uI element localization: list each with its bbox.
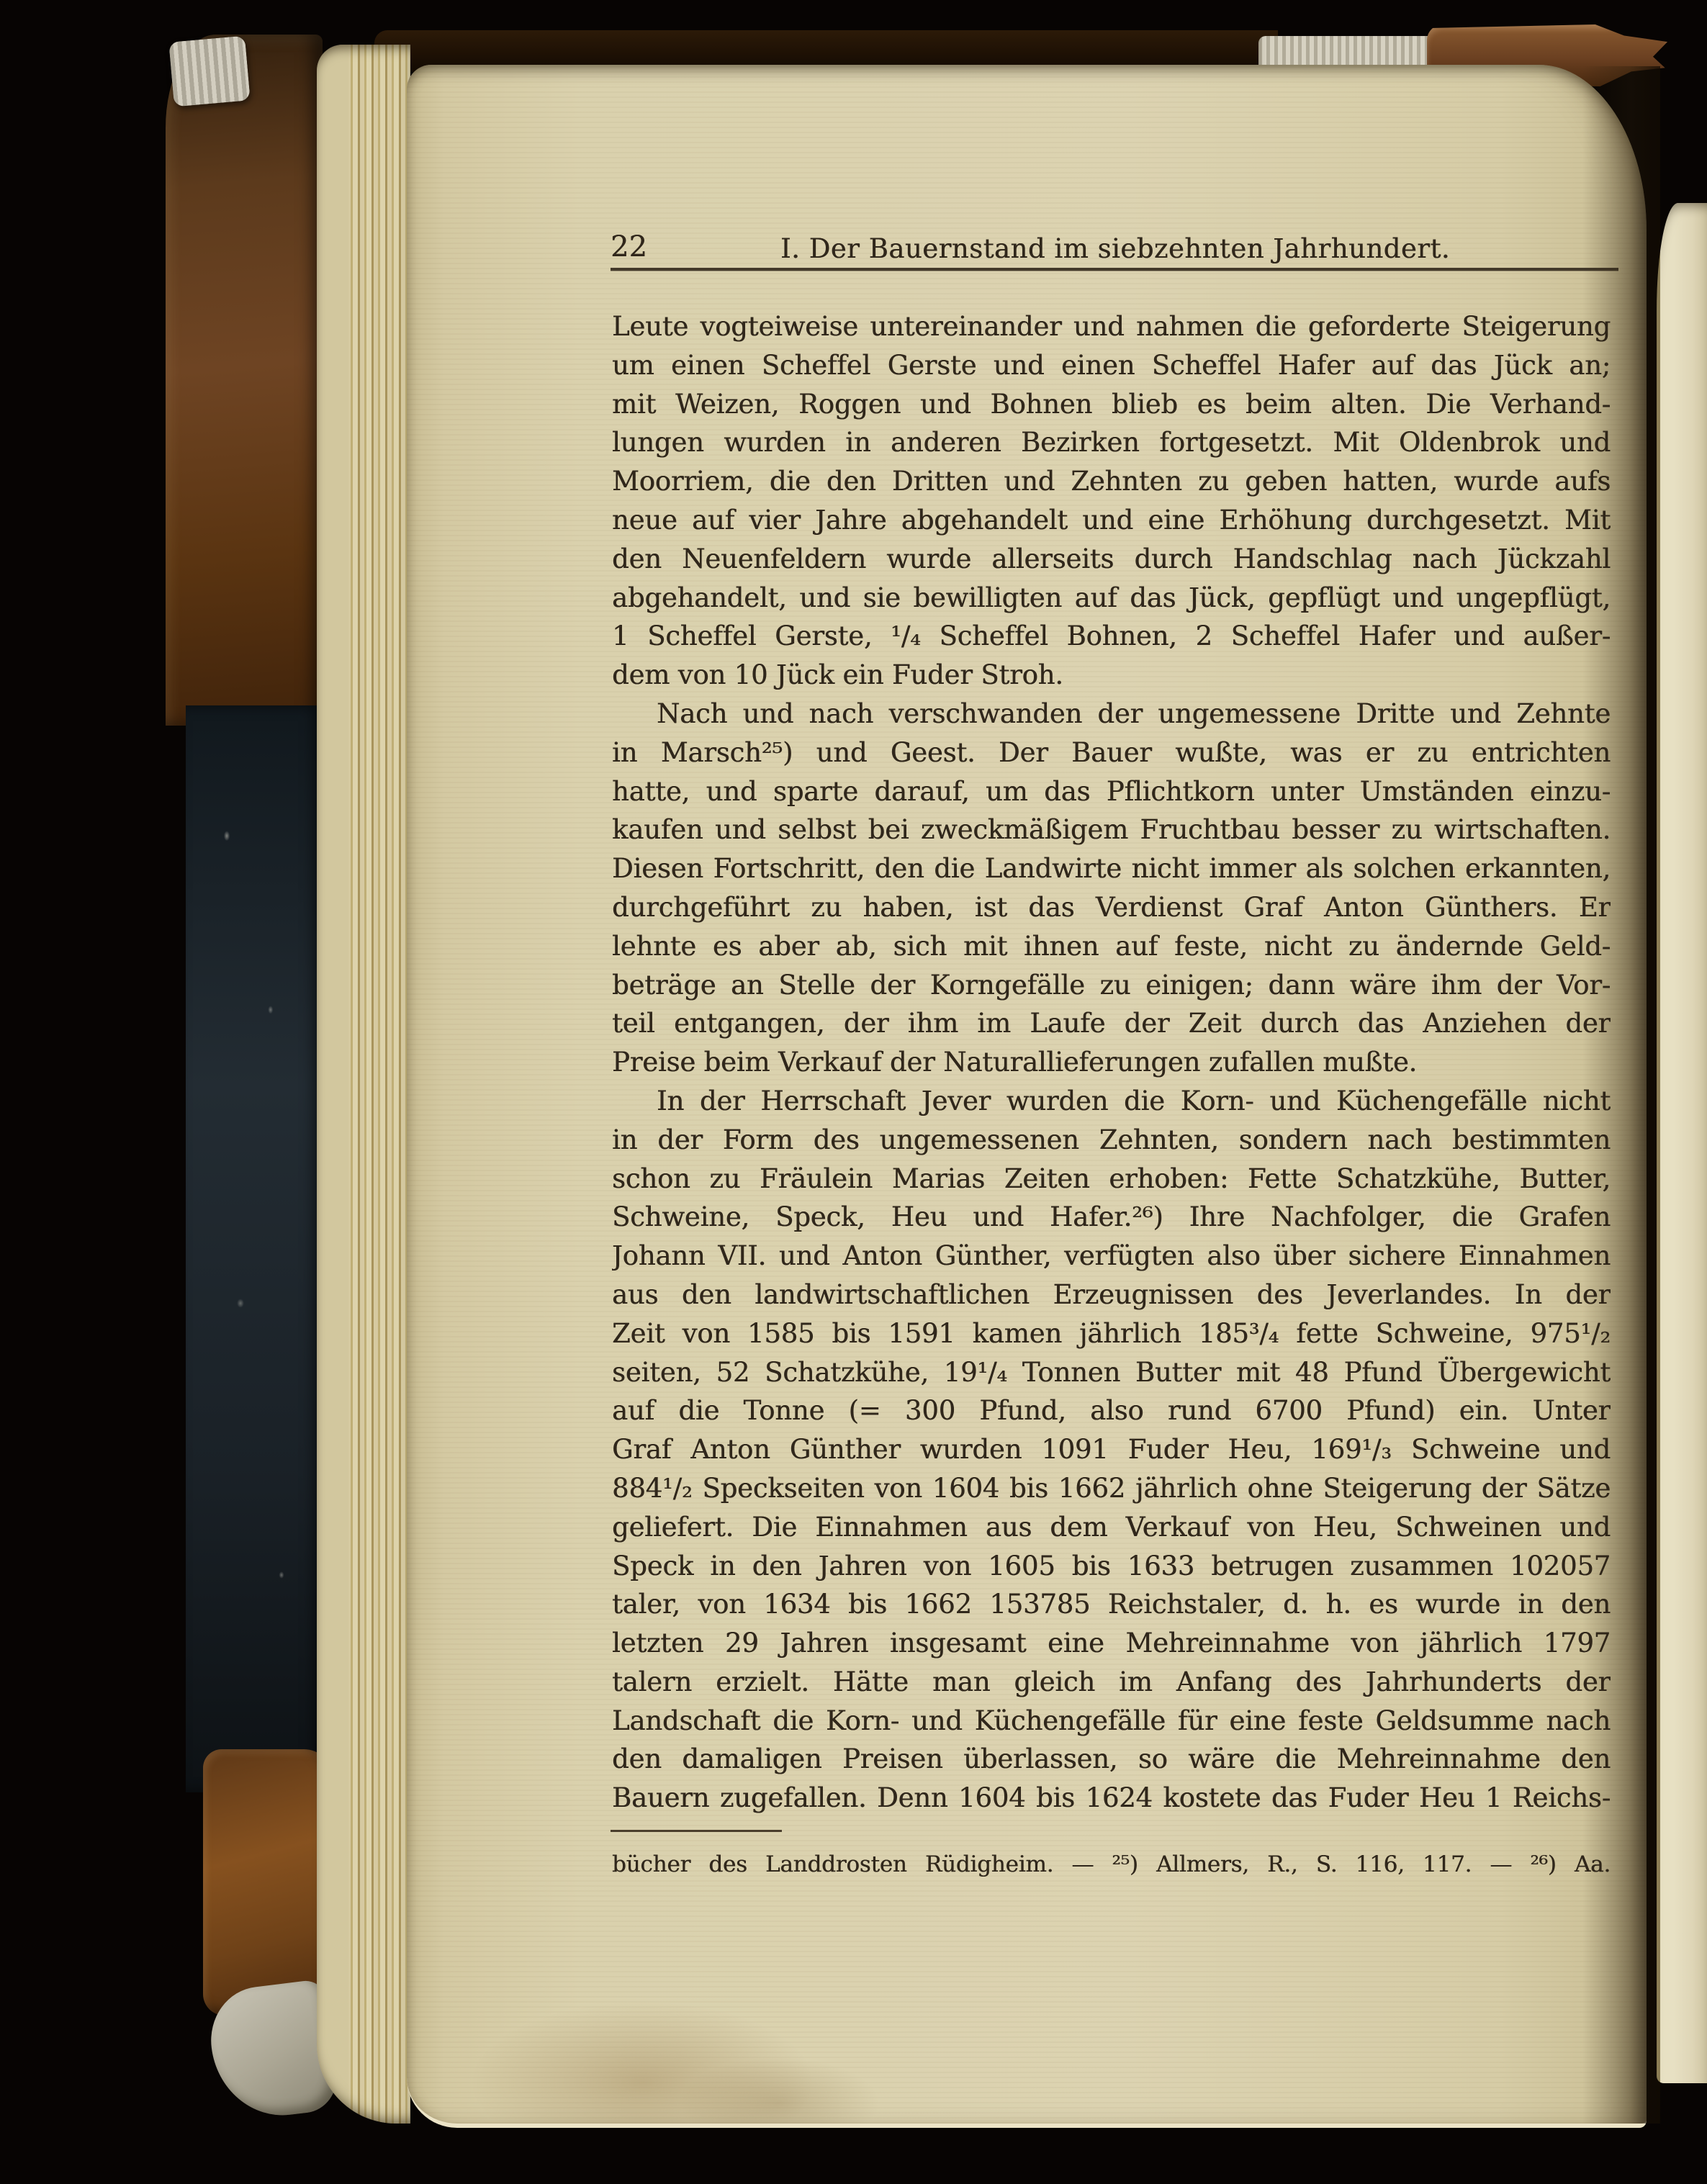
footnote: bücher des Landdrosten Rüdigheim. — ²⁵) … — [612, 1849, 1611, 1880]
body-line: kaufen und selbst bei zweckmäßigem Fruch… — [612, 811, 1611, 849]
body-line: durchgeführt zu haben, ist das Verdienst… — [612, 888, 1611, 927]
body-line: beträge an Stelle der Korngefälle zu ein… — [612, 966, 1611, 1005]
body-line: seiten, 52 Schatzkühe, 19¹/₄ Tonnen Butt… — [612, 1353, 1611, 1392]
book-scan: 22 I. Der Bauernstand im siebzehnten Jah… — [0, 0, 1707, 2184]
body-line: 884¹/₂ Speckseiten von 1604 bis 1662 jäh… — [612, 1469, 1611, 1508]
body-line: schon zu Fräulein Marias Zeiten erhoben:… — [612, 1160, 1611, 1199]
body-line: teil entgangen, der ihm im Laufe der Zei… — [612, 1004, 1611, 1043]
body-line: Graf Anton Günther wurden 1091 Fuder Heu… — [612, 1430, 1611, 1469]
spine-cloth — [186, 705, 323, 1792]
body-line: 1 Scheffel Gerste, ¹/₄ Scheffel Bohnen, … — [612, 617, 1611, 656]
body-line: Diesen Fortschritt, den die Landwirte ni… — [612, 849, 1611, 888]
body-line: Johann VII. und Anton Günther, verfügten… — [612, 1237, 1611, 1276]
body-line: lehnte es aber ab, sich mit ihnen auf fe… — [612, 927, 1611, 966]
spine-leather-patch — [203, 1749, 333, 2016]
headband-cloth-left — [168, 36, 250, 107]
body-line: Speck in den Jahren von 1605 bis 1633 be… — [612, 1547, 1611, 1586]
body-line: den Neuenfeldern wurde allerseits durch … — [612, 540, 1611, 579]
body-line: neue auf vier Jahre abgehandelt und eine… — [612, 501, 1611, 540]
body-line: auf die Tonne (= 300 Pfund, also rund 67… — [612, 1391, 1611, 1430]
header-rule — [611, 268, 1618, 271]
body-line: Zeit von 1585 bis 1591 kamen jährlich 18… — [612, 1314, 1611, 1353]
body-line: in der Form des ungemessenen Zehnten, so… — [612, 1121, 1611, 1160]
body-line: taler, von 1634 bis 1662 153785 Reichsta… — [612, 1585, 1611, 1624]
body-line: Preise beim Verkauf der Naturallieferung… — [612, 1043, 1611, 1082]
body-line: den damaligen Preisen überlassen, so wär… — [612, 1740, 1611, 1779]
body-line: in Marsch²⁵) und Geest. Der Bauer wußte,… — [612, 734, 1611, 772]
stacked-page-edges — [317, 45, 410, 2124]
body-line: Bauern zugefallen. Denn 1604 bis 1624 ko… — [612, 1779, 1611, 1818]
body-line: letzten 29 Jahren insgesamt eine Mehrein… — [612, 1624, 1611, 1663]
body-line: lungen wurden in anderen Bezirken fortge… — [612, 423, 1611, 462]
running-header-title: I. Der Bauernstand im siebzehnten Jahrhu… — [611, 233, 1620, 265]
body-line: Leute vogteiweise untereinander und nahm… — [612, 307, 1611, 346]
gutter-shadow — [1582, 66, 1660, 2124]
body-line: geliefert. Die Einnahmen aus dem Verkauf… — [612, 1508, 1611, 1547]
body-line: um einen Scheffel Gerste und einen Schef… — [612, 346, 1611, 385]
body-text: Leute vogteiweise untereinander und nahm… — [612, 307, 1611, 1818]
body-line: aus den landwirtschaftlichen Erzeugnisse… — [612, 1276, 1611, 1314]
spine-leather — [166, 35, 323, 726]
body-line: hatte, und sparte darauf, um das Pflicht… — [612, 772, 1611, 811]
body-line: Moorriem, die den Dritten und Zehnten zu… — [612, 462, 1611, 501]
body-line: abgehandelt, und sie bewilligten auf das… — [612, 579, 1611, 618]
paragraph: Leute vogteiweise untereinander und nahm… — [612, 307, 1611, 695]
body-line: Landschaft die Korn- und Küchengefälle f… — [612, 1702, 1611, 1741]
book-page: 22 I. Der Bauernstand im siebzehnten Jah… — [407, 65, 1647, 2128]
footnote-separator — [611, 1830, 782, 1832]
body-line: Schweine, Speck, Heu und Hafer.²⁶) Ihre … — [612, 1198, 1611, 1237]
body-line: Nach und nach verschwanden der ungemesse… — [612, 695, 1611, 734]
next-page-edge — [1657, 203, 1707, 2083]
body-line: dem von 10 Jück ein Fuder Stroh. — [612, 656, 1611, 695]
paragraph: In der Herrschaft Jever wurden die Korn-… — [612, 1082, 1611, 1818]
paragraph: Nach und nach verschwanden der ungemesse… — [612, 695, 1611, 1082]
body-line: In der Herrschaft Jever wurden die Korn-… — [612, 1082, 1611, 1121]
body-line: mit Weizen, Roggen und Bohnen blieb es b… — [612, 385, 1611, 424]
body-line: talern erzielt. Hätte man gleich im Anfa… — [612, 1663, 1611, 1702]
